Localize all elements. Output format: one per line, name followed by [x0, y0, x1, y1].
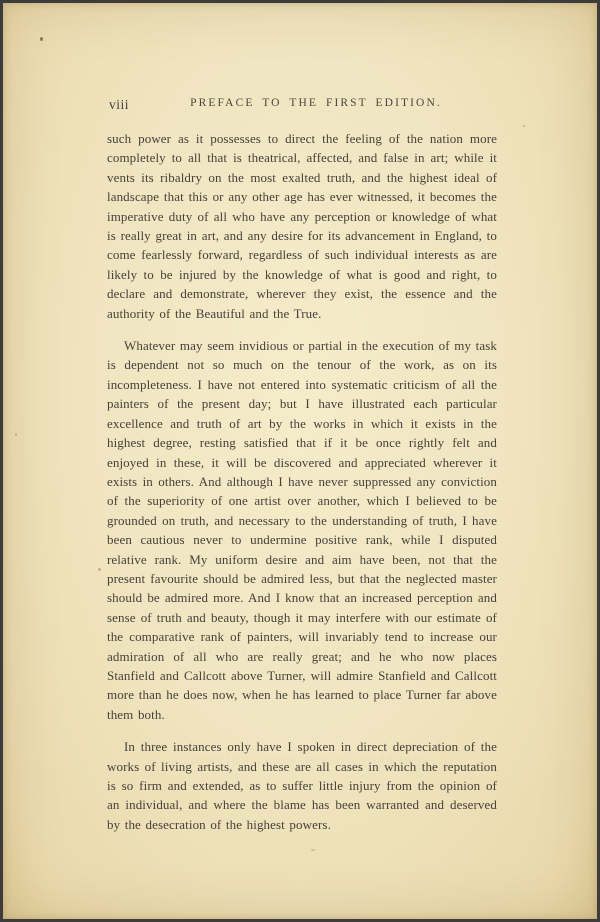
paragraph-1: such power as it possesses to direct the…: [107, 129, 497, 323]
paper-speck: [523, 125, 525, 127]
paper-speck: [40, 37, 43, 41]
running-head: PREFACE TO THE FIRST EDITION.: [107, 97, 497, 109]
page-content: viii PREFACE TO THE FIRST EDITION. such …: [107, 97, 497, 834]
paper-speck: [98, 568, 101, 571]
page-header: viii PREFACE TO THE FIRST EDITION.: [107, 97, 497, 114]
body-text: such power as it possesses to direct the…: [107, 129, 497, 834]
scanned-book-page: viii PREFACE TO THE FIRST EDITION. such …: [0, 0, 600, 922]
paragraph-2: Whatever may seem invidious or partial i…: [107, 336, 497, 724]
paragraph-3: In three instances only have I spoken in…: [107, 737, 497, 834]
page-number: viii: [109, 97, 129, 113]
paper-speck: [15, 433, 17, 436]
paper-speck: [311, 849, 315, 851]
